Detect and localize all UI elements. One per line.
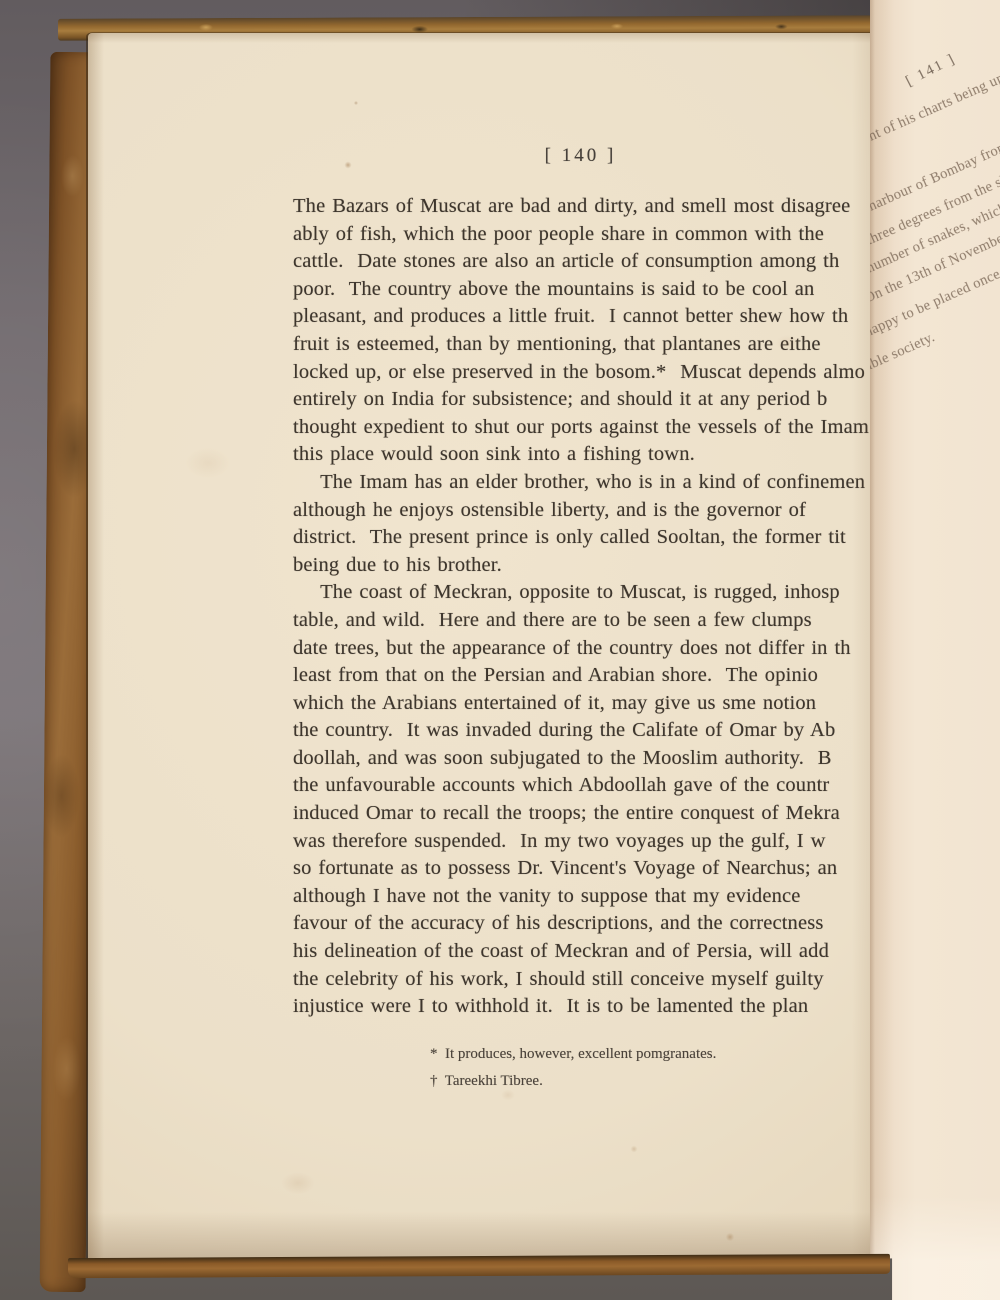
photo-backdrop: [ 140 ] The Bazars of Muscat are bad and… [0,0,1000,1300]
book-page-140: [ 140 ] The Bazars of Muscat are bad and… [88,33,880,1261]
text-line: entirely on India for subsistence; and s… [293,386,880,414]
footnote-line: † Tareekhi Tibree. [430,1068,716,1095]
text-line: The Imam has an elder brother, who is in… [293,469,880,497]
footnotes: * It produces, however, excellent pomgra… [430,1041,716,1095]
text-line: poor. The country above the mountains is… [293,276,880,304]
book-board-bottom-edge [68,1254,890,1278]
text-line: this place would soon sink into a fishin… [293,441,880,469]
text-line: was therefore suspended. In my two voyag… [293,828,880,856]
footnote-line: * It produces, however, excellent pomgra… [430,1041,716,1068]
text-line: date trees, but the appearance of the co… [293,635,880,663]
text-line: ably of fish, which the poor people shar… [293,221,880,249]
text-line: district. The present prince is only cal… [293,524,880,552]
page-body-text: The Bazars of Muscat are bad and dirty, … [293,193,880,1021]
text-line: table, and wild. Here and there are to b… [293,607,880,635]
text-line: doollah, and was soon subjugated to the … [293,745,880,773]
page-number: [ 140 ] [293,145,868,167]
text-line: being due to his brother. [293,552,880,580]
text-line: the celebrity of his work, I should stil… [293,966,880,994]
text-line: although I have not the vanity to suppos… [293,883,880,911]
text-line: locked up, or else preserved in the boso… [293,359,880,387]
text-line: thought expedient to shut our ports agai… [293,414,880,442]
text-line: so fortunate as to possess Dr. Vincent's… [293,855,880,883]
text-line: pleasant, and produces a little fruit. I… [293,303,880,331]
text-line: the unfavourable accounts which Abdoolla… [293,772,880,800]
page-141-number: [ 141 ] [903,51,959,91]
text-line: The Bazars of Muscat are bad and dirty, … [293,193,880,221]
text-line: favour of the accuracy of his descriptio… [293,910,880,938]
text-line: induced Omar to recall the troops; the e… [293,800,880,828]
text-line: his delineation of the coast of Meckran … [293,938,880,966]
book-page-141-curled: [ 141 ] nt of his charts being upon a s … [870,0,1000,1300]
text-line: although he enjoys ostensible liberty, a… [293,497,880,525]
text-line: cattle. Date stones are also an article … [293,248,880,276]
text-line: the country. It was invaded during the C… [293,717,880,745]
text-line: least from that on the Persian and Arabi… [293,662,880,690]
text-line: The coast of Meckran, opposite to Muscat… [293,579,880,607]
text-line: fruit is esteemed, than by mentioning, t… [293,331,880,359]
text-line: which the Arabians entertained of it, ma… [293,690,880,718]
text-line: injustice were I to withhold it. It is t… [293,993,880,1021]
